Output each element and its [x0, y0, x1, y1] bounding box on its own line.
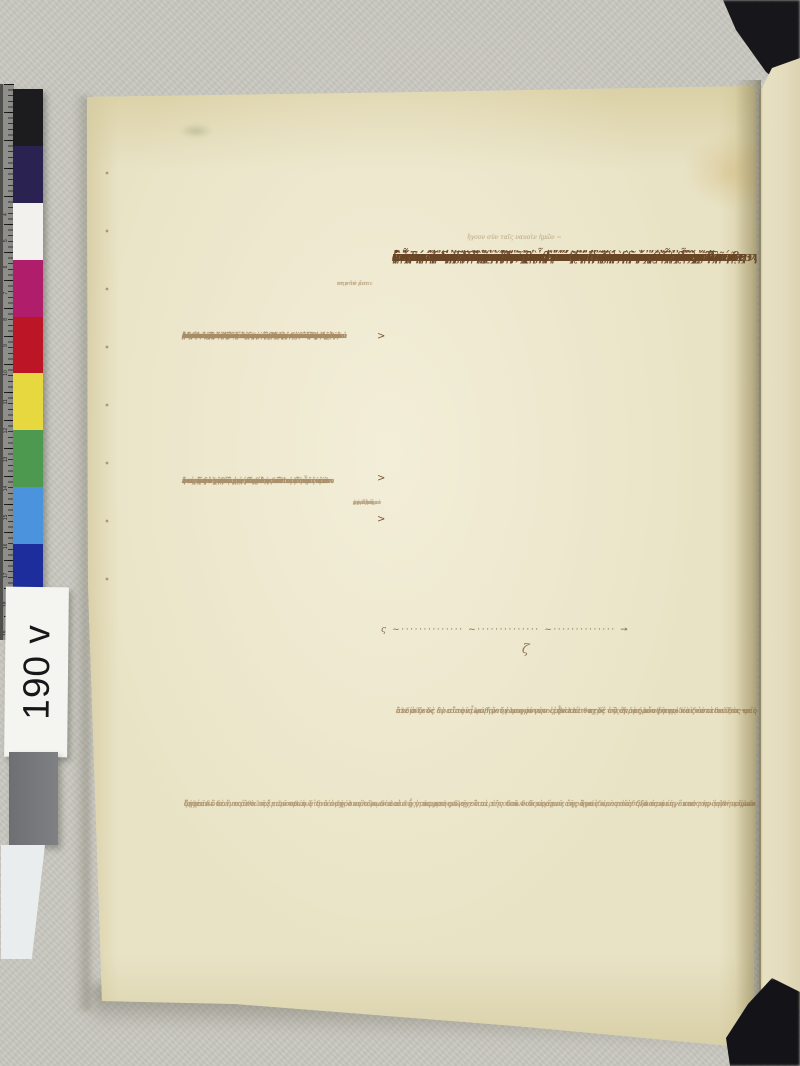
- patch-yellow: [13, 373, 43, 430]
- patch-dark-navy: [13, 146, 43, 203]
- patch-black: [13, 89, 43, 146]
- patch-green: [13, 430, 43, 487]
- book-end-divider: ς ~·············· ~·············· ~·····…: [381, 625, 681, 635]
- quire-mark: ζ: [521, 642, 530, 658]
- manuscript-page: ἤγουν σὺν ταῖς ναυσὶν ἡμῶν ~ ἐκ τροίης σ…: [85, 84, 759, 1050]
- patch-red: [13, 317, 43, 374]
- interlinear-note: ἤγουν σὺν ταῖς ναυσὶν ἡμῶν ~: [467, 234, 607, 242]
- margin-note-line: τε νῦν μοι: [337, 280, 368, 289]
- scholion-line: νῶν καὶ σείων ταῖς μάχαις:~: [182, 331, 292, 342]
- parchment-smudge: [180, 124, 212, 138]
- patch-light-blue: [13, 487, 43, 544]
- diple-mark: >: [377, 473, 385, 484]
- scholion-line: ζήτει δὲ καὶ περὶ τῶν ἔμπροσθεν εἰς τὰ σ…: [184, 796, 789, 813]
- ruler: 19 18 17 16 15 14 13 12 11 10 9 8 7 6 5 …: [0, 84, 14, 640]
- gray-scale-strip: [9, 752, 58, 845]
- diple-mark: >: [377, 331, 385, 342]
- facing-page-edge: [759, 58, 800, 1010]
- white-reference-strip: [1, 845, 45, 959]
- patch-magenta: [13, 260, 43, 317]
- patch-white: [13, 203, 43, 260]
- photo-stage: ἤγουν σὺν ταῖς ναυσὶν ἡμῶν ~ ἐκ τροίης σ…: [0, 0, 800, 1066]
- pricking-dots: [97, 140, 113, 620]
- margin-note-line: την:~: [353, 498, 370, 508]
- folio-label: 190 v: [4, 587, 69, 758]
- poem-line: ἀνδρῶν τρεσσάντων, ὅτε τε ζεὺς ἐν φόβον …: [392, 248, 752, 268]
- scholion-line: ὅτε ὁ ζεὺς ἐν αὐτοῖς φόβον ἤγουν φυγὴν ἐ…: [396, 704, 747, 719]
- color-calibration-bar: [13, 89, 43, 601]
- scholion-line: λαιοῖς σχολίοις γέγραπται:~: [182, 476, 291, 487]
- diple-mark: >: [377, 514, 385, 525]
- folio-label-text: 190 v: [15, 624, 58, 720]
- ruler-numbers: 19 18 17 16 15 14 13 12 11 10 9 8 7 6 5 …: [3, 76, 9, 636]
- scholion-line: δηλοῖ:—: [184, 796, 215, 813]
- gutter-shadow: [735, 80, 761, 1014]
